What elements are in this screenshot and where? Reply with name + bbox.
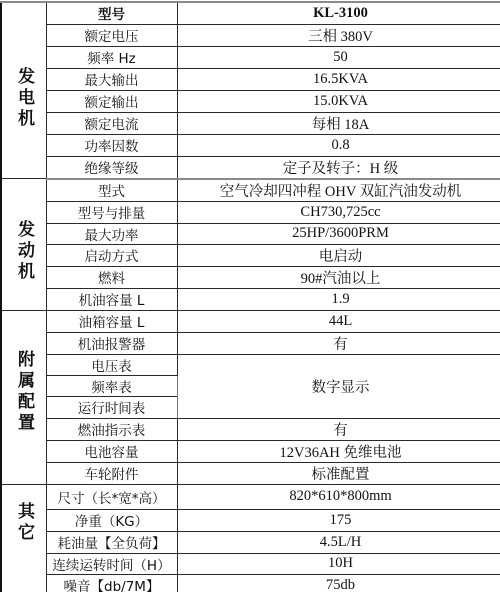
row-label: 电池容量: [46, 440, 177, 462]
row-value: 有: [177, 418, 500, 440]
row-value: 25HP/3600PRM: [177, 223, 500, 244]
row-label: 车轮附件: [46, 462, 177, 484]
category-label-engine: 发动机: [2, 220, 47, 283]
table-row: 燃油指示表 有: [1, 418, 500, 440]
row-value: 三相 380V: [177, 24, 500, 46]
table-row: 型式 空气冷却四冲程 OHV 双缸汽油发动机: [1, 179, 500, 202]
row-value: 定子及转子：H 级: [177, 156, 500, 179]
row-label: 尺寸（长*宽*高）: [46, 484, 177, 509]
table-row: 机油报警器 有: [1, 332, 500, 354]
row-label: 额定输出: [46, 90, 177, 112]
row-label: 耗油量【全负荷】: [46, 531, 177, 553]
table-row: 最大输出 16.5KVA: [1, 68, 500, 90]
row-value: 4.5L/H: [177, 531, 500, 553]
row-value: 15.0KVA: [177, 90, 500, 112]
row-label: 最大功率: [46, 223, 177, 244]
row-value: 有: [177, 332, 500, 354]
table-row: 频率 Hz 50: [1, 46, 500, 68]
table-row: 机油容量 L 1.9: [1, 288, 500, 310]
row-value: 10H: [177, 553, 500, 574]
category-label-generator: 发电机: [2, 67, 47, 130]
row-value: 空气冷却四冲程 OHV 双缸汽油发动机: [177, 179, 500, 202]
row-label: 型式: [46, 179, 177, 202]
row-label: 机油容量 L: [46, 288, 177, 310]
table-row: 电压表 数字显示: [1, 354, 500, 375]
row-label: 频率 Hz: [46, 46, 177, 68]
table-row: 连续运转时间（H） 10H: [1, 553, 500, 574]
table-row: 绝缘等级 定子及转子：H 级: [1, 156, 500, 179]
row-value: 标准配置: [177, 462, 500, 484]
row-value: 0.8: [177, 134, 500, 156]
row-value: 电启动: [177, 244, 500, 266]
row-label: 燃料: [46, 266, 177, 288]
table-row: 油箱容量 L 44L: [1, 310, 500, 332]
row-value: 75db: [177, 574, 500, 592]
row-label: 最大输出: [46, 68, 177, 90]
table-row: 燃料 90#汽油以上: [1, 266, 500, 288]
table-row: 耗油量【全负荷】 4.5L/H: [1, 531, 500, 553]
model-value: KL-3100: [177, 2, 500, 24]
row-label: 频率表: [46, 375, 177, 396]
table-row: 尺寸（长*宽*高） 820*610*800mm: [1, 484, 500, 509]
table-row: 功率因数 0.8: [1, 134, 500, 156]
table-row: 型号 KL-3100: [1, 2, 500, 24]
row-label: 连续运转时间（H）: [46, 553, 177, 574]
table-row: 车轮附件 标准配置: [1, 462, 500, 484]
row-value-merged: 数字显示: [177, 354, 500, 418]
spec-sheet: 型号 KL-3100 额定电压 三相 380V 频率 Hz 50 最大输出 16…: [0, 1, 500, 592]
row-value: 175: [177, 509, 500, 531]
table-row: 额定输出 15.0KVA: [1, 90, 500, 112]
table-row: 净重（KG） 175: [1, 509, 500, 531]
table-row: 电池容量 12V36AH 免维电池: [1, 440, 500, 462]
row-value: 90#汽油以上: [177, 266, 500, 288]
row-label: 机油报警器: [46, 332, 177, 354]
row-label: 油箱容量 L: [46, 310, 177, 332]
table-row: 额定电流 每相 18A: [1, 112, 500, 134]
spec-table: 型号 KL-3100 额定电压 三相 380V 频率 Hz 50 最大输出 16…: [0, 1, 500, 592]
row-label: 型号与排量: [46, 201, 177, 223]
row-label: 型号: [46, 2, 177, 24]
row-value: CH730,725cc: [177, 201, 500, 223]
category-label-accessories: 附属配置: [2, 350, 47, 434]
category-label-other: 其它: [2, 502, 47, 544]
table-row: 噪音【db/7M】 75db: [1, 574, 500, 592]
row-value: 1.9: [177, 288, 500, 310]
table-row: 型号与排量 CH730,725cc: [1, 201, 500, 223]
row-label: 额定电流: [46, 112, 177, 134]
row-label: 净重（KG）: [46, 509, 177, 531]
row-label: 启动方式: [46, 244, 177, 266]
row-label: 电压表: [46, 354, 177, 375]
row-label: 燃油指示表: [46, 418, 177, 440]
row-label: 噪音【db/7M】: [46, 574, 177, 592]
row-value: 每相 18A: [177, 112, 500, 134]
table-row: 最大功率 25HP/3600PRM: [1, 223, 500, 244]
row-value: 820*610*800mm: [177, 484, 500, 509]
row-value: 16.5KVA: [177, 68, 500, 90]
row-label: 运行时间表: [46, 396, 177, 418]
row-value: 50: [177, 46, 500, 68]
row-value: 12V36AH 免维电池: [177, 440, 500, 462]
row-label: 功率因数: [46, 134, 177, 156]
row-label: 额定电压: [46, 24, 177, 46]
table-row: 额定电压 三相 380V: [1, 24, 500, 46]
table-row: 启动方式 电启动: [1, 244, 500, 266]
row-value: 44L: [177, 310, 500, 332]
row-label: 绝缘等级: [46, 156, 177, 179]
